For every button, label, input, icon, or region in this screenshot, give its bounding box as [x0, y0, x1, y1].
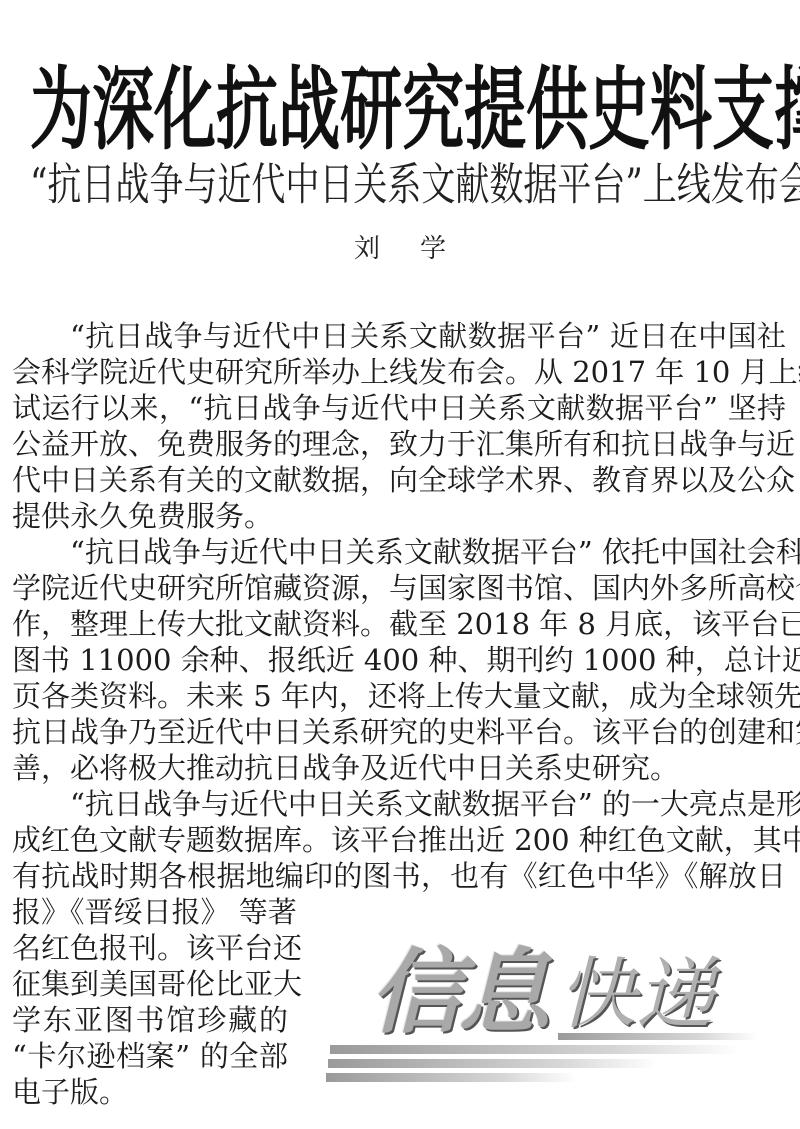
article-subtitle: “抗日战争与近代中日关系文献数据平台”上线发布会举行 [26, 152, 778, 208]
subtitle-char: 会 [779, 148, 800, 212]
subtitle-char: 献 [455, 148, 489, 212]
subtitle-char: 近 [217, 148, 251, 212]
author-name: 刘学 [0, 228, 800, 265]
text-line: 成红色文献专题数据库。该平台推出近 200 种红色文献，其中既 [12, 822, 786, 858]
subtitle-char: 平 [557, 148, 591, 212]
text-line: “抗日战争与近代中日关系文献数据平台” 依托中国社会科 [12, 534, 786, 570]
subtitle-char: “抗 [30, 148, 81, 212]
text-line: “抗日战争与近代中日关系文献数据平台” 的一大亮点是形 [12, 786, 786, 822]
subtitle-char: 战 [115, 148, 149, 212]
text-line: 抗日战争乃至近代中日关系研究的史料平台。该平台的创建和完 [12, 714, 786, 750]
text-line: 图书 11000 余种、报纸近 400 种、期刊约 1000 种，总计近 100… [12, 642, 786, 678]
subtitle-char: 日 [319, 148, 353, 212]
text-line: 学院近代史研究所馆藏资源，与国家图书馆、国内外多所高校合 [12, 570, 786, 606]
text-line: 代中日关系有关的文献数据，向全球学术界、教育界以及公众 [12, 462, 786, 498]
subtitle-char: 日 [81, 148, 115, 212]
text-line: 名红色报刊。该平台还 [12, 930, 288, 966]
text-line: 学东亚图书馆珍藏的 [12, 1002, 288, 1038]
subtitle-char: 台” [591, 148, 642, 212]
subtitle-char: 据 [523, 148, 557, 212]
subtitle-char: 发 [711, 148, 745, 212]
subtitle-char: 上 [643, 148, 677, 212]
subtitle-char: 数 [489, 148, 523, 212]
subtitle-char: 系 [387, 148, 421, 212]
text-line: 页各类资料。未来 5 年内，还将上传大量文献，成为全球领先的 [12, 678, 786, 714]
subtitle-char: 中 [285, 148, 319, 212]
subtitle-text: “抗日战争与近代中日关系文献数据平台”上线发布会举行 [30, 156, 800, 205]
subtitle-char: 文 [421, 148, 455, 212]
subtitle-char: 关 [353, 148, 387, 212]
text-line: “抗日战争与近代中日关系文献数据平台” 近日在中国社 [12, 318, 786, 354]
badge-stripe [330, 1045, 740, 1054]
text-line: 提供永久免费服务。 [12, 498, 786, 534]
text-line: 有抗战时期各根据地编印的图书，也有《红色中华》《解放日 [12, 858, 786, 894]
subtitle-char: 与 [183, 148, 217, 212]
text-line: “卡尔逊档案” 的全部 [12, 1038, 288, 1074]
badge-stripe [328, 1059, 658, 1068]
text-line: 作，整理上传大批文献资料。截至 2018 年 8 月底，该平台已上传 [12, 606, 786, 642]
badge-bold-text: 信息 [370, 943, 546, 1043]
text-line: 会科学院近代史研究所举办上线发布会。从 2017 年 10 月上线 [12, 354, 786, 390]
text-line: 征集到美国哥伦比亚大 [12, 966, 288, 1002]
text-line: 报》《晋绥日报》 等著 [12, 894, 288, 930]
text-line: 试运行以来，“抗日战争与近代中日关系文献数据平台” 坚持 [12, 390, 786, 426]
badge-light-text: 快递 [558, 947, 714, 1043]
article-title: 为深化抗战研究提供史料支撑 [30, 64, 772, 156]
badge-stripe [326, 1073, 576, 1082]
section-badge-info-express: 信息 快递 [330, 935, 770, 1085]
text-line: 善，必将极大推动抗日战争及近代中日关系史研究。 [12, 750, 786, 786]
subtitle-char: 布 [745, 148, 779, 212]
text-line: 电子版。 [12, 1074, 288, 1110]
paragraph-2: “抗日战争与近代中日关系文献数据平台” 依托中国社会科 学院近代史研究所馆藏资源… [12, 534, 786, 786]
subtitle-char: 争 [149, 148, 183, 212]
subtitle-char: 线 [677, 148, 711, 212]
subtitle-char: 代 [251, 148, 285, 212]
text-line: 公益开放、免费服务的理念，致力于汇集所有和抗日战争与近 [12, 426, 786, 462]
paragraph-1: “抗日战争与近代中日关系文献数据平台” 近日在中国社 会科学院近代史研究所举办上… [12, 318, 786, 534]
